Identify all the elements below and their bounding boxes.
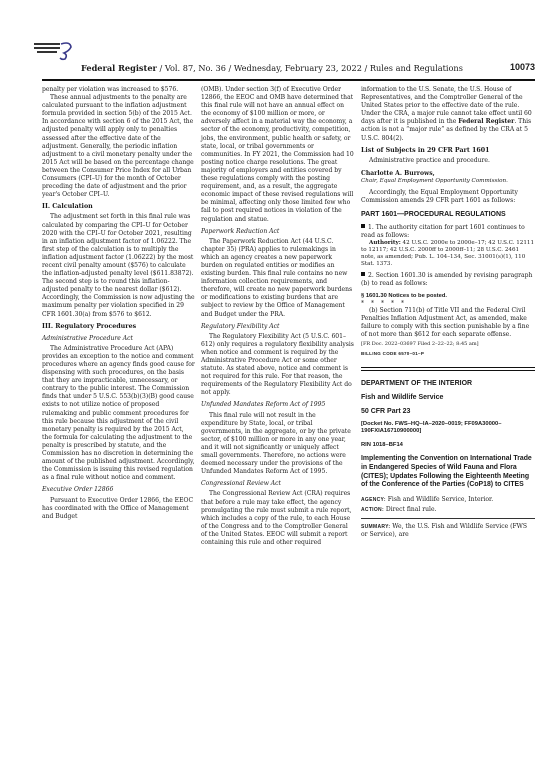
- subheading-pra: Paperwork Reduction Act: [201, 228, 354, 236]
- subheading-apa: Administrative Procedure Act: [42, 335, 195, 343]
- bullet-square-icon: [361, 272, 365, 276]
- summary-line: SUMMARY: We, the U.S. Fish and Wildlife …: [361, 523, 535, 539]
- subheading-umra: Unfunded Mandates Reform Act of 1995: [201, 401, 354, 409]
- issue-citation: / Vol. 87, No. 36 / Wednesday, February …: [157, 63, 463, 73]
- paragraph: This final rule will not result in the e…: [201, 412, 354, 477]
- text: Direct final rule.: [384, 506, 437, 513]
- paragraph: Administrative practice and procedure.: [361, 157, 535, 165]
- list-of-subjects-heading: List of Subjects in 29 CFR Part 1601: [361, 147, 535, 155]
- publication-name: Federal Register: [81, 63, 157, 73]
- paragraph: information to the U.S. Senate, the U.S.…: [361, 86, 535, 143]
- paragraph: These annual adjustments to the penalty …: [42, 94, 195, 199]
- paragraph: The Administrative Procedure Act (APA) p…: [42, 345, 195, 483]
- authority-label: Authority:: [369, 240, 401, 246]
- part-heading: PART 1601—PROCEDURAL REGULATIONS: [361, 211, 535, 220]
- subheading-cra: Congressional Review Act: [201, 480, 354, 488]
- signatory-name: Charlotte A. Burrows,: [361, 170, 535, 178]
- paragraph: The Regulatory Flexibility Act (5 U.S.C.…: [201, 333, 354, 398]
- docket-number: [Docket No. FWS–HQ–IA–2020–0019; FF09A30…: [361, 421, 535, 436]
- subheading-eo-12866: Executive Order 12866: [42, 486, 195, 494]
- section-heading-calculation: II. Calculation: [42, 203, 195, 211]
- amendment-instruction: 2. Section 1601.30 is amended by revisin…: [361, 272, 535, 288]
- paragraph: Pursuant to Executive Order 12866, the E…: [42, 497, 195, 521]
- rule-title: Implementing the Convention on Internati…: [361, 455, 535, 490]
- action-line: ACTION: Direct final rule.: [361, 506, 535, 514]
- divider: [361, 518, 535, 519]
- column-2: (OMB). Under section 3(f) of Executive O…: [201, 86, 354, 547]
- authority-citation: Authority: 42 U.S.C. 2000e to 2000e–17; …: [361, 240, 535, 268]
- agency-label: AGENCY:: [361, 497, 386, 503]
- paragraph: Accordingly, the Equal Employment Opport…: [361, 189, 535, 205]
- action-label: ACTION:: [361, 507, 384, 513]
- paragraph: (b) Section 711(b) of Title VII and the …: [361, 307, 535, 339]
- page-number: 10073: [510, 62, 535, 72]
- text: 1. The authority citation for part 1601 …: [361, 224, 525, 239]
- subheading-rfa: Regulatory Flexibility Act: [201, 323, 354, 331]
- paragraph: The Congressional Review Act (CRA) requi…: [201, 490, 354, 547]
- rin-number: RIN 1018–BF14: [361, 441, 535, 449]
- cfr-part-heading: 50 CFR Part 23: [361, 407, 535, 416]
- paragraph: (OMB). Under section 3(f) of Executive O…: [201, 86, 354, 224]
- fr-doc-line: [FR Doc. 2022–03697 Filed 2–22–22; 8:45 …: [361, 341, 535, 348]
- agency-line: AGENCY: Fish and Wildlife Service, Inter…: [361, 496, 535, 504]
- federal-register-emphasis: Federal Register: [458, 118, 514, 125]
- bullet-square-icon: [361, 224, 365, 228]
- signatory-title: Chair, Equal Employment Opportunity Comm…: [361, 178, 535, 185]
- text: Fish and Wildlife Service, Interior.: [386, 496, 493, 503]
- paragraph: penalty per violation was increased to $…: [42, 86, 195, 94]
- summary-label: SUMMARY:: [361, 524, 390, 530]
- paragraph: The Paperwork Reduction Act (44 U.S.C. c…: [201, 238, 354, 319]
- document-separator: [361, 367, 535, 371]
- agency-heading: Fish and Wildlife Service: [361, 393, 535, 402]
- paragraph: The adjustment set forth in this final r…: [42, 213, 195, 318]
- section-heading-1601-30: § 1601.30 Notices to be posted.: [361, 292, 535, 300]
- column-1: penalty per violation was increased to $…: [42, 86, 195, 521]
- department-heading: DEPARTMENT OF THE INTERIOR: [361, 379, 535, 388]
- section-heading-regulatory-procedures: III. Regulatory Procedures: [42, 323, 195, 331]
- text: 2. Section 1601.30 is amended by revisin…: [361, 272, 532, 287]
- column-3: information to the U.S. Senate, the U.S.…: [361, 86, 535, 539]
- gpo-eagle-logo-icon: [34, 41, 74, 61]
- billing-code: BILLING CODE 6570–01–P: [361, 350, 535, 358]
- header-rule: [42, 79, 535, 81]
- page-header: Federal Register / Vol. 87, No. 36 / Wed…: [81, 63, 535, 77]
- amendment-instruction: 1. The authority citation for part 1601 …: [361, 224, 535, 240]
